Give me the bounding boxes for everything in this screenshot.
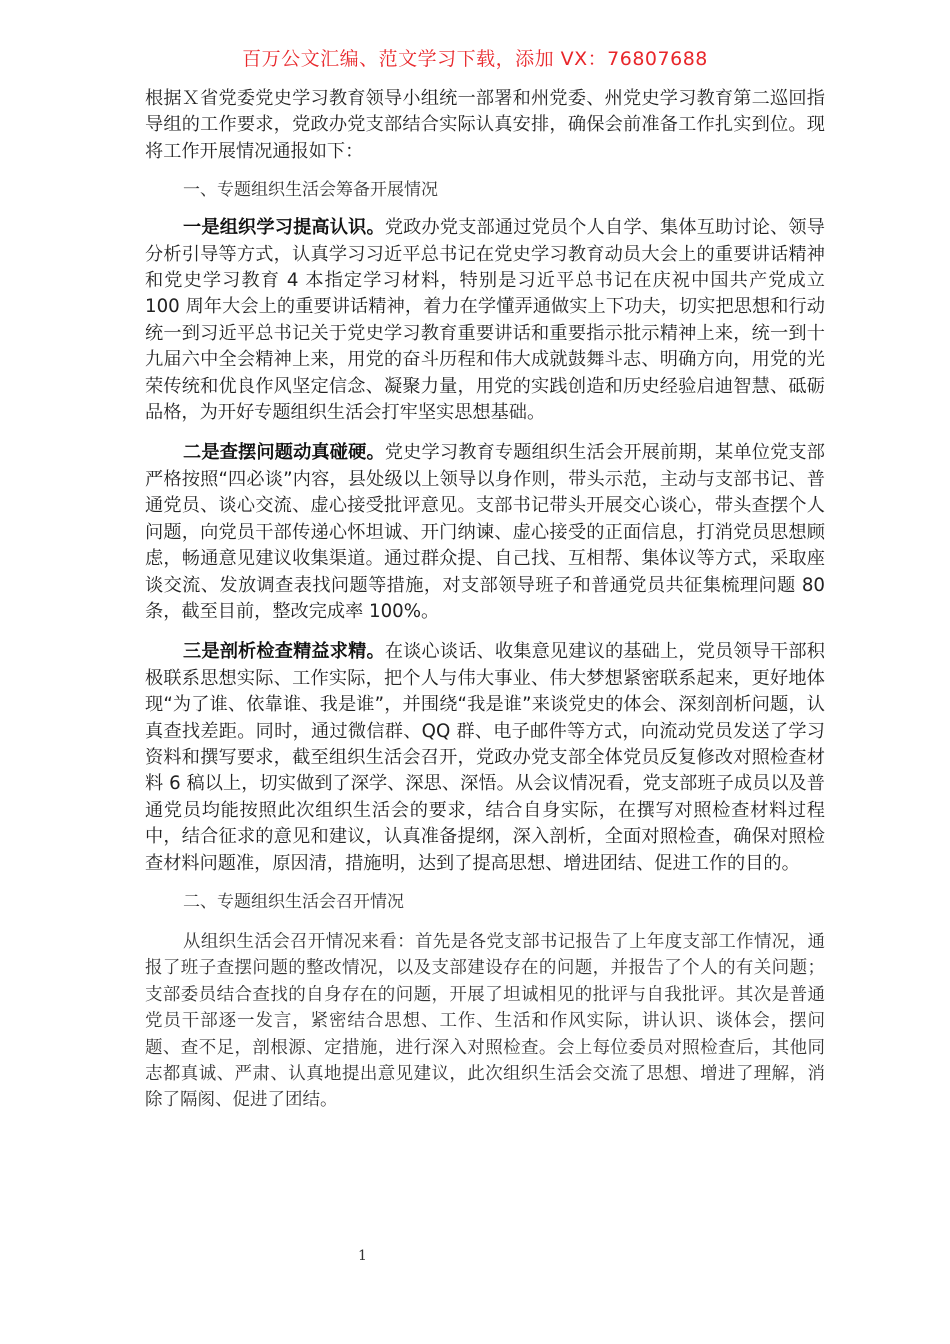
section-1-heading: 一、专题组织生活会筹备开展情况 [145, 177, 825, 203]
item-3-body: 在谈心谈话、收集意见建议的基础上，党员领导干部积极联系思想实际、工作实际，把个人… [145, 641, 825, 873]
item-3-lead: 三是剖析检查精益求精。 [183, 641, 385, 662]
watermark-header: 百万公文汇编、范文学习下载，添加 VX：76807688 [0, 44, 950, 74]
item-1-lead: 一是组织学习提高认识。 [183, 217, 385, 238]
item-2-paragraph: 二是查摆问题动真碰硬。党史学习教育专题组织生活会开展前期，某单位党支部严格按照“… [145, 440, 825, 625]
intro-paragraph: 根据Ｘ省党委党史学习教育领导小组统一部署和州党委、州党史学习教育第二巡回指导组的… [145, 86, 825, 165]
item-1-body: 党政办党支部通过党员个人自学、集体互助讨论、领导分析引导等方式，认真学习习近平总… [145, 217, 825, 423]
item-1-paragraph: 一是组织学习提高认识。党政办党支部通过党员个人自学、集体互助讨论、领导分析引导等… [145, 215, 825, 426]
item-2-lead: 二是查摆问题动真碰硬。 [183, 442, 385, 463]
document-page: 根据Ｘ省党委党史学习教育领导小组统一部署和州党委、州党史学习教育第二巡回指导组的… [145, 86, 825, 1114]
item-2-body: 党史学习教育专题组织生活会开展前期，某单位党支部严格按照“四必谈”内容，县处级以… [145, 442, 825, 621]
item-3-paragraph: 三是剖析检查精益求精。在谈心谈话、收集意见建议的基础上，党员领导干部积极联系思想… [145, 639, 825, 877]
page-number: 1 [358, 1248, 367, 1264]
section-2-heading: 二、专题组织生活会召开情况 [145, 889, 825, 915]
section-2-paragraph: 从组织生活会召开情况来看：首先是各党支部书记报告了上年度支部工作情况，通报了班子… [145, 929, 825, 1114]
